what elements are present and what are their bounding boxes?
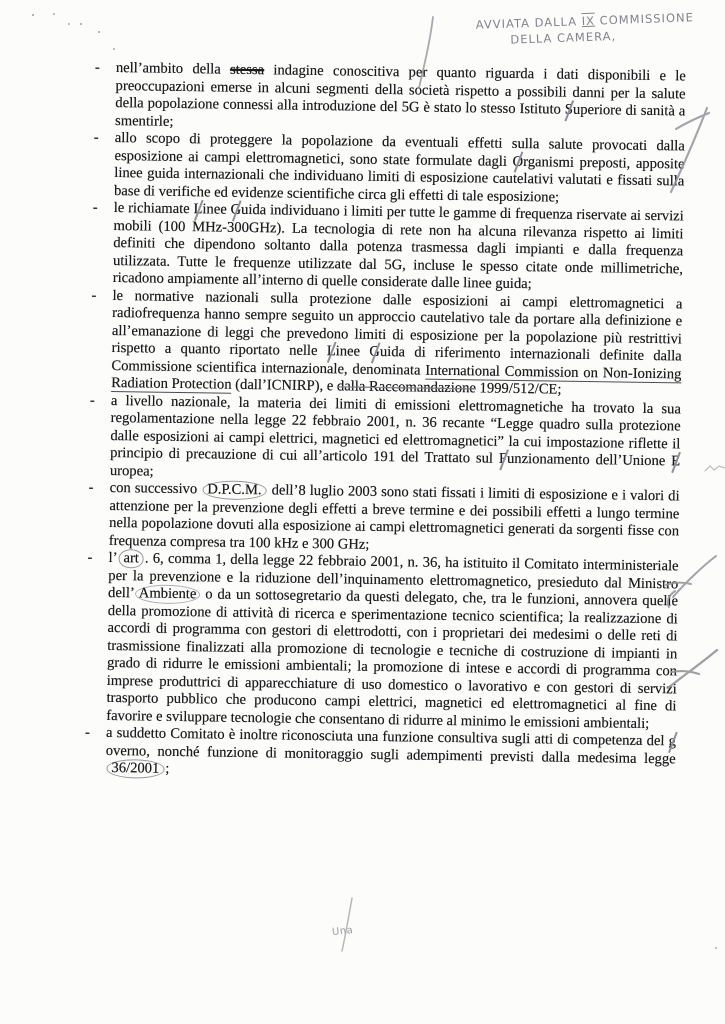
bullet-dash: - (84, 130, 115, 200)
bullet-dash: - (80, 392, 111, 480)
annotated-text-slash: F (499, 451, 507, 469)
annotated-text-slash: O (512, 153, 523, 171)
annotated-text-slash: L (327, 343, 336, 361)
bullet-item: - nell’ambito della stessa indagine cono… (85, 60, 686, 139)
bullet-text: a suddetto Comitato è inoltre riconosciu… (105, 725, 676, 786)
body-text: con successivo (110, 480, 202, 497)
annotated-text-circle-light: Ambiente (135, 584, 201, 604)
annotated-text-slash: L (193, 201, 202, 219)
annotated-text-slash: g (669, 733, 677, 751)
annotated-text-slash: E (671, 453, 680, 471)
bullet-item: - l’art. 6, comma 1, della legge 22 febb… (76, 550, 679, 734)
body-text: inee (336, 343, 370, 359)
bullet-dash: - (76, 550, 109, 725)
bullet-dash: - (79, 480, 110, 550)
handwritten-top-note: AVVIATA DALLA IX COMMISSIONE DELLA CAMER… (476, 9, 695, 49)
annotated-text-slash: S (565, 102, 573, 120)
body-text: uropea; (110, 462, 154, 479)
body-text: (dall’ICNIRP), e (231, 377, 337, 395)
annotated-text-strike-light: dalla Raccomandazione (337, 378, 476, 396)
body-text: unzionamento dell’Unione (507, 451, 671, 469)
bullet-item: - a suddetto Comitato è inoltre riconosc… (75, 724, 676, 785)
bullet-text: l’art. 6, comma 1, della legge 22 febbra… (106, 550, 679, 733)
pencil-scribble-icnirp (705, 466, 725, 471)
body-text: nell’ambito della (116, 60, 230, 78)
scanned-document-page: AVVIATA DALLA IX COMMISSIONE DELLA CAMER… (0, 0, 725, 1024)
bullet-item: - le richiamate Linee Guida individuano … (83, 200, 684, 296)
body-text: l’ (108, 550, 117, 566)
bullet-item: - con successivo D.P.C.M. dell’8 luglio … (79, 480, 680, 559)
handwritten-text-post: COMMISSIONE (595, 10, 694, 27)
bullet-dash: - (85, 60, 116, 130)
bullet-dash: - (81, 287, 113, 392)
bullet-item: - allo scopo di proteggere la popolazion… (84, 130, 685, 209)
bullet-dash: - (83, 200, 114, 288)
annotated-text-slash: G (369, 344, 380, 362)
handwritten-ix: IX (581, 14, 595, 28)
bullet-text: allo scopo di proteggere la popolazione … (114, 130, 685, 208)
body-text: inee (202, 201, 230, 217)
bullet-item: - a livello nazionale, la materia dei li… (80, 392, 681, 488)
annotated-text-slash: G (230, 202, 241, 220)
annotated-text-strike: stessa (230, 62, 264, 79)
document-body: - nell’ambito della stessa indagine cono… (75, 60, 686, 786)
handwritten-una-note: Una (331, 925, 353, 938)
scan-specks (32, 14, 34, 16)
body-text: le richiamate (114, 200, 194, 217)
bullet-text: con successivo D.P.C.M. dell’8 luglio 20… (109, 480, 680, 558)
bullet-text: a livello nazionale, la materia dei limi… (110, 392, 681, 488)
annotated-text-circle: D.P.C.M. (202, 480, 267, 500)
bullet-text: le normative nazionali sulla protezione … (111, 287, 682, 400)
bullet-text: le richiamate Linee Guida individuano i … (113, 200, 684, 296)
bullet-item: - le normative nazionali sulla protezion… (81, 287, 682, 401)
bullet-text: nell’ambito della stessa indagine conosc… (115, 60, 686, 138)
bullet-dash: - (75, 724, 106, 777)
body-text: o da un sottosegretario da questi delega… (106, 586, 678, 731)
body-text: ; (165, 761, 169, 777)
annotated-text-circle: art (118, 549, 144, 568)
annotated-text-circle: 36/2001 (106, 759, 164, 779)
body-text: 1999/512/CE; (476, 380, 562, 397)
